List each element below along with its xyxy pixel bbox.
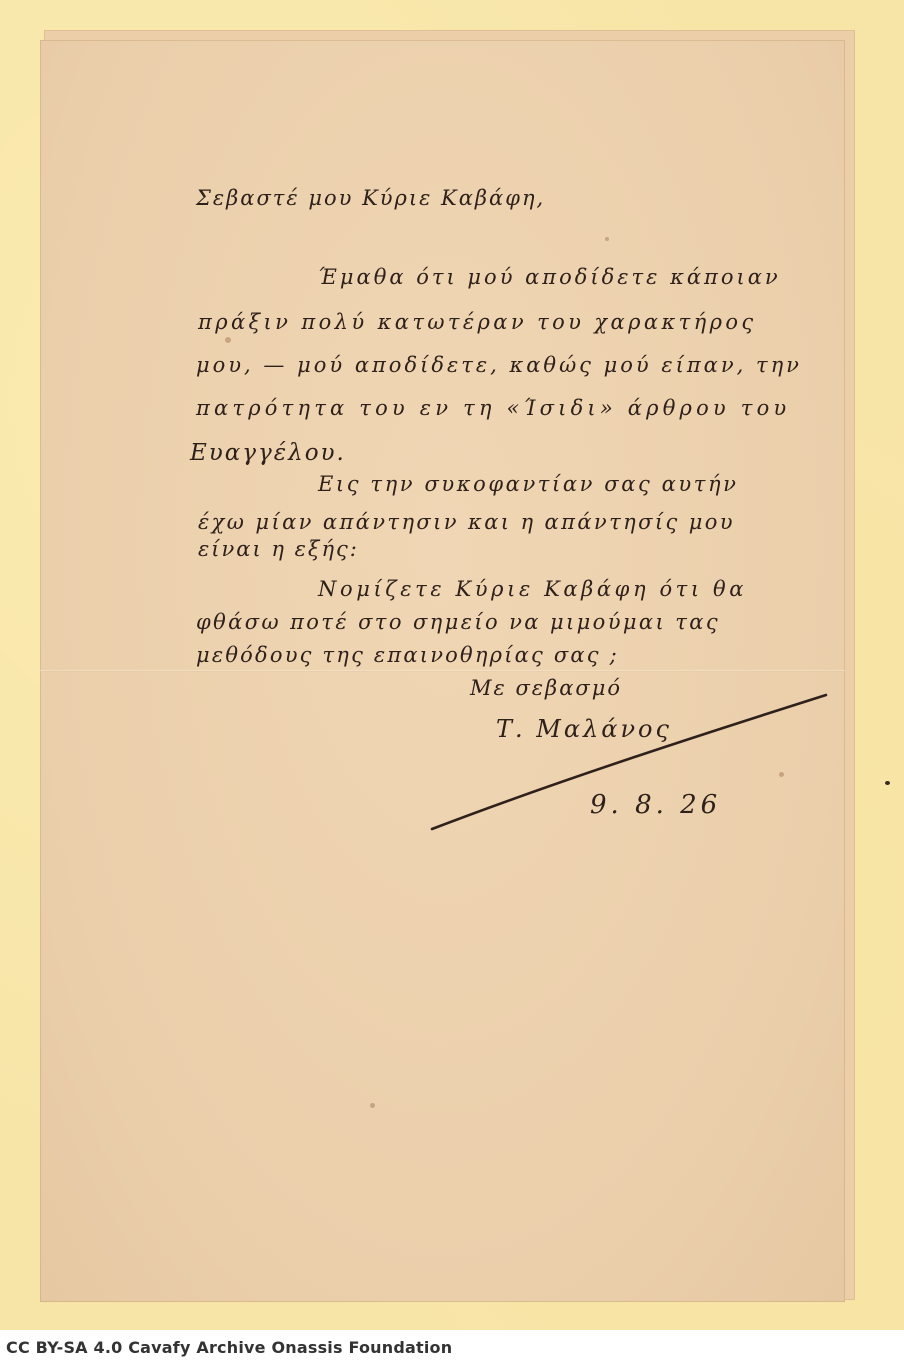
ink-spot [885, 781, 890, 785]
paper-speck [779, 772, 784, 777]
paper-speck [225, 337, 231, 343]
date: 9. 8. 26 [590, 790, 721, 820]
signature-underline-stroke [0, 0, 904, 1370]
paper-speck [370, 1103, 375, 1108]
license-caption: CC BY-SA 4.0 Cavafy Archive Onassis Foun… [6, 1338, 452, 1357]
paper-speck [605, 237, 609, 241]
